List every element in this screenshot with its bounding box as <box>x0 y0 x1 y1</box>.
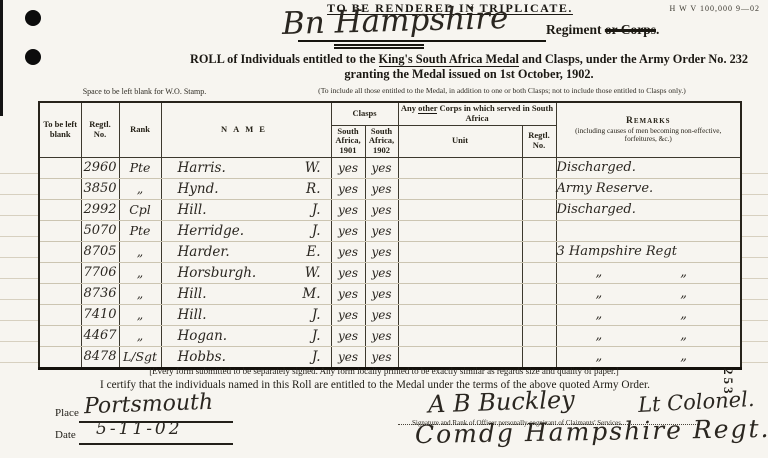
roll-title-pre: ROLL of Individuals entitled to the <box>190 52 379 66</box>
cell-regtl-no: 7410 <box>81 304 119 325</box>
cell-blank <box>39 178 81 199</box>
table-row: 8705 „ Harder.E. yes yes 3 Hampshire Reg… <box>39 241 741 262</box>
cell-name: Hill.J. <box>161 304 331 325</box>
cell-surname: Herridge. <box>178 223 245 239</box>
cell-regtl-no: 8736 <box>81 283 119 304</box>
col-header-sa1901: South Africa, 1901 <box>331 125 365 157</box>
cell-regtl-no2 <box>522 325 556 346</box>
hole-punch-top <box>25 10 41 26</box>
cell-name: Herridge.J. <box>161 220 331 241</box>
cell-name: Hynd.R. <box>161 178 331 199</box>
struck-or-corps: or Corps <box>605 22 656 37</box>
cell-initial: J. <box>312 307 321 323</box>
cell-surname: Hill. <box>178 307 207 323</box>
cell-regtl-no2 <box>522 241 556 262</box>
cell-name: Hogan.J. <box>161 325 331 346</box>
cell-rank: Cpl <box>119 199 161 220</box>
cell-clasp-1902: yes <box>365 199 398 220</box>
cell-initial: W. <box>305 265 321 281</box>
cell-regtl-no: 7706 <box>81 262 119 283</box>
date-label: Date <box>55 429 76 441</box>
place-value-handwritten: Portsmouth <box>84 390 214 419</box>
ruled-lines-right-margin <box>742 153 768 363</box>
cell-name: Hill.J. <box>161 199 331 220</box>
cell-unit <box>398 325 522 346</box>
table-row: 2992 Cpl Hill.J. yes yes Discharged. <box>39 199 741 220</box>
cell-unit <box>398 283 522 304</box>
cell-clasp-1901: yes <box>331 262 365 283</box>
table-row: 3850 „ Hynd.R. yes yes Army Reserve. <box>39 178 741 199</box>
cell-blank <box>39 157 81 178</box>
cell-blank <box>39 241 81 262</box>
cell-clasp-1901: yes <box>331 157 365 178</box>
hole-punch-bottom <box>25 49 41 65</box>
remarks-subtitle: (including causes of men becoming non-ef… <box>559 127 738 144</box>
table-row: 7410 „ Hill.J. yes yes „ „ <box>39 304 741 325</box>
cell-blank <box>39 283 81 304</box>
cell-surname: Harder. <box>178 244 230 260</box>
cell-remarks: 3 Hampshire Regt <box>556 241 741 262</box>
cell-name: Harder.E. <box>161 241 331 262</box>
col-header-regtl-no2: Regtl. No. <box>522 125 556 157</box>
cell-remarks: „ „ <box>556 262 741 283</box>
regiment-period: . <box>656 22 659 37</box>
col-header-regtl-no: Regtl. No. <box>81 102 119 157</box>
cell-regtl-no2 <box>522 220 556 241</box>
roll-title: ROLL of Individuals entitled to the King… <box>186 52 752 82</box>
col-header-clasps-group: Clasps <box>331 102 398 125</box>
cell-name: Harris.W. <box>161 157 331 178</box>
cell-surname: Hobbs. <box>178 349 226 365</box>
cell-clasp-1902: yes <box>365 304 398 325</box>
cell-blank <box>39 262 81 283</box>
cell-initial: E. <box>306 244 320 260</box>
table-row: 8736 „ Hill.M. yes yes „ „ <box>39 283 741 304</box>
col-header-remarks: Remarks (including causes of men becomin… <box>556 102 741 157</box>
cell-initial: J. <box>312 223 321 239</box>
roll-table: To be left blank Regtl. No. Rank NAME Cl… <box>38 101 742 370</box>
cell-name: Hill.M. <box>161 283 331 304</box>
col-header-rank: Rank <box>119 102 161 157</box>
cell-regtl-no: 8705 <box>81 241 119 262</box>
cell-remarks: Discharged. <box>556 157 741 178</box>
cell-blank <box>39 325 81 346</box>
cell-rank: „ <box>119 325 161 346</box>
cell-regtl-no: 2992 <box>81 199 119 220</box>
roll-title-post: and Clasps, under the Army Order No. 232 <box>519 52 748 66</box>
cell-regtl-no2 <box>522 262 556 283</box>
medal-underlined: King's South Africa Medal <box>379 52 519 67</box>
cell-initial: J. <box>312 202 321 218</box>
cell-surname: Horsburgh. <box>178 265 257 281</box>
cell-regtl-no: 5070 <box>81 220 119 241</box>
regiment-word: Regiment <box>546 22 605 37</box>
cell-unit <box>398 157 522 178</box>
cell-remarks <box>556 220 741 241</box>
print-code: H W V 100,000 9—02 <box>669 4 760 13</box>
cell-blank <box>39 304 81 325</box>
roll-table-header: To be left blank Regtl. No. Rank NAME Cl… <box>39 102 741 157</box>
roll-table-body: 2960 Pte Harris.W. yes yes Discharged. 3… <box>39 157 741 368</box>
cell-rank: „ <box>119 283 161 304</box>
cell-initial: J. <box>312 349 321 365</box>
regiment-name-handwritten: Bn Hampshire <box>282 0 509 42</box>
cell-clasp-1902: yes <box>365 262 398 283</box>
ruled-lines-left-margin <box>0 153 38 363</box>
table-row: 5070 Pte Herridge.J. yes yes <box>39 220 741 241</box>
signature-handwritten: A B Buckley <box>428 385 576 418</box>
certify-statement: I certify that the individuals named in … <box>100 379 724 391</box>
granting-line: granting the Medal issued on 1st October… <box>344 67 593 81</box>
regiment-or-corps-label: Regiment or Corps. <box>546 22 659 38</box>
cell-initial: W. <box>305 160 321 176</box>
col-header-unit: Unit <box>398 125 522 157</box>
cell-regtl-no2 <box>522 178 556 199</box>
cell-clasp-1902: yes <box>365 325 398 346</box>
cell-remarks: „ „ <box>556 304 741 325</box>
date-value-handwritten: 5-11-02 <box>96 419 183 439</box>
cell-unit <box>398 304 522 325</box>
cell-rank: Pte <box>119 220 161 241</box>
cell-clasp-1902: yes <box>365 157 398 178</box>
include-note: (To include all those entitled to the Me… <box>258 86 746 95</box>
cell-surname: Hynd. <box>178 181 219 197</box>
cell-regtl-no2 <box>522 304 556 325</box>
col-header-corps-group: Any other Corps in which served in South… <box>398 102 556 125</box>
scan-edge-mark <box>0 0 3 116</box>
cell-surname: Harris. <box>178 160 226 176</box>
cell-regtl-no2 <box>522 199 556 220</box>
cell-initial: J. <box>312 328 321 344</box>
cell-clasp-1902: yes <box>365 241 398 262</box>
cell-rank: „ <box>119 262 161 283</box>
cell-unit <box>398 241 522 262</box>
table-row: 7706 „ Horsburgh.W. yes yes „ „ <box>39 262 741 283</box>
col-header-blank: To be left blank <box>39 102 81 157</box>
cell-rank: „ <box>119 178 161 199</box>
cell-clasp-1901: yes <box>331 178 365 199</box>
cell-unit <box>398 220 522 241</box>
cell-regtl-no2 <box>522 157 556 178</box>
cell-clasp-1902: yes <box>365 220 398 241</box>
cell-regtl-no2 <box>522 283 556 304</box>
cell-initial: R. <box>306 181 320 197</box>
cell-unit <box>398 262 522 283</box>
cell-rank: „ <box>119 304 161 325</box>
page-number: 253 <box>720 368 736 397</box>
corps-pre: Any <box>401 103 418 113</box>
regiment-underline <box>298 40 546 42</box>
place-label: Place <box>55 407 79 419</box>
cell-remarks: Discharged. <box>556 199 741 220</box>
cell-clasp-1901: yes <box>331 241 365 262</box>
col-header-sa1902: South Africa, 1902 <box>365 125 398 157</box>
cell-remarks: „ „ <box>556 283 741 304</box>
cell-clasp-1901: yes <box>331 199 365 220</box>
cell-unit <box>398 178 522 199</box>
signature-rank-handwritten: Lt Colonel. <box>637 387 755 417</box>
cell-clasp-1902: yes <box>365 178 398 199</box>
cell-regtl-no: 3850 <box>81 178 119 199</box>
cell-remarks: „ „ <box>556 325 741 346</box>
cell-surname: Hill. <box>178 202 207 218</box>
cell-blank <box>39 199 81 220</box>
cell-surname: Hill. <box>178 286 207 302</box>
cell-surname: Hogan. <box>178 328 228 344</box>
corps-post: Corps in which served in South Africa <box>437 103 553 123</box>
date-underline <box>79 443 233 445</box>
cell-clasp-1901: yes <box>331 304 365 325</box>
cell-regtl-no: 2960 <box>81 157 119 178</box>
wo-stamp-note: Space to be left blank for W.O. Stamp. <box>42 87 247 96</box>
col-header-name: NAME <box>161 102 331 157</box>
cell-clasp-1901: yes <box>331 220 365 241</box>
cell-remarks: Army Reserve. <box>556 178 741 199</box>
cell-clasp-1901: yes <box>331 283 365 304</box>
cell-regtl-no: 4467 <box>81 325 119 346</box>
cell-rank: „ <box>119 241 161 262</box>
cell-clasp-1901: yes <box>331 325 365 346</box>
cell-unit <box>398 199 522 220</box>
cell-rank: Pte <box>119 157 161 178</box>
cell-name: Horsburgh.W. <box>161 262 331 283</box>
corps-other-underlined: other <box>418 103 437 114</box>
form-note: [Every form submitted to be separately s… <box>64 366 704 376</box>
cell-blank <box>39 220 81 241</box>
document-page: { "header": { "triplicate": "TO BE RENDE… <box>0 0 768 458</box>
cell-clasp-1902: yes <box>365 283 398 304</box>
regiment-double-underline <box>334 44 424 49</box>
table-row: 2960 Pte Harris.W. yes yes Discharged. <box>39 157 741 178</box>
table-row: 4467 „ Hogan.J. yes yes „ „ <box>39 325 741 346</box>
cell-initial: M. <box>302 286 320 302</box>
commanding-unit-handwritten: Comdg Hampshire Regt. <box>415 414 768 449</box>
